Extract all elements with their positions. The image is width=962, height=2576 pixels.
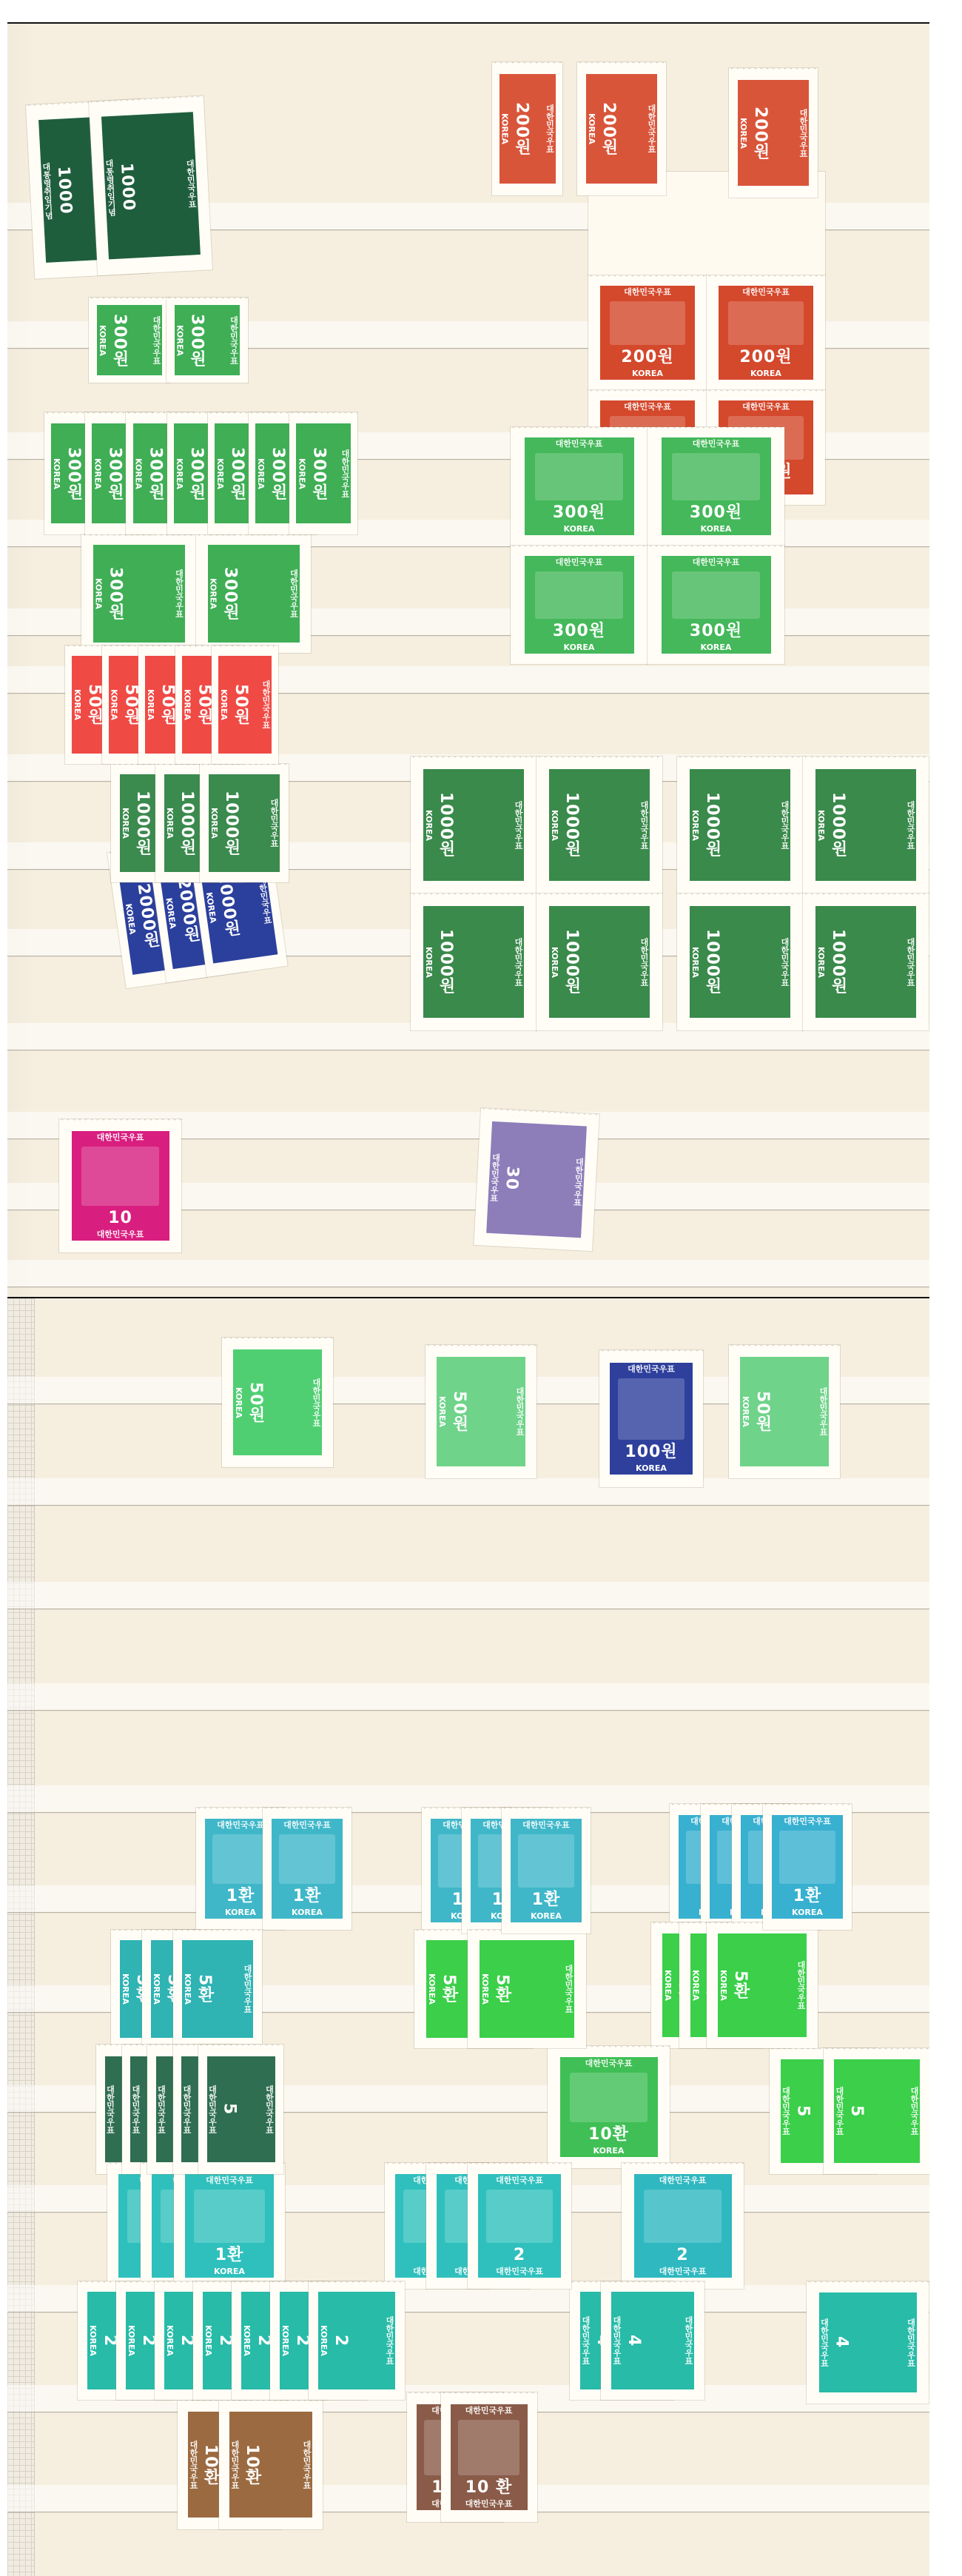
stamp-label: KOREA — [164, 805, 175, 841]
stamp-label: KOREA — [241, 2323, 252, 2358]
stamp-design: 대한민국우표300원KOREA — [525, 437, 634, 534]
stamp-design: 대한민국우표50원KOREA — [740, 1357, 829, 1466]
stamp-denomination: 10 환 — [462, 2478, 516, 2498]
stamp: 대한민국우표300원KOREA — [289, 412, 357, 534]
stamp-denomination: 10환 — [199, 2443, 221, 2487]
stamp-design: 대한민국우표2대한민국우표 — [634, 2174, 732, 2277]
stamp: 대한민국우표5대한민국우표 — [198, 2045, 283, 2174]
stamp: 대한민국우표5환KOREA — [707, 1922, 818, 2048]
stamp-design: 대한민국우표2KOREA — [318, 2292, 395, 2389]
stamp-label: KOREA — [499, 111, 511, 147]
album-page-bottom: 대한민국우표50원KOREA대한민국우표50원KOREA대한민국우표100원KO… — [7, 1297, 929, 2576]
stamp-label: KOREA — [175, 323, 186, 358]
stamp-label: KOREA — [174, 456, 185, 492]
stamp-country-text: 대한민국우표 — [521, 1819, 571, 1831]
stamp-label: KOREA — [164, 2323, 175, 2358]
stamp-label: KOREA — [203, 2323, 214, 2358]
stamp-denomination: 1환 — [529, 1891, 564, 1910]
stamp: 대한민국우표50원KOREA — [212, 645, 278, 764]
stamp-country-text: 대한민국우표 — [289, 567, 300, 620]
stamp-denomination: 300원 — [687, 503, 745, 523]
stamp-country-text: 대한민국우표 — [905, 799, 916, 852]
stamp-design: 대한민국우표5대한민국우표 — [207, 2056, 275, 2163]
stamp-label: KOREA — [133, 456, 144, 492]
stamp-label: KOREA — [630, 367, 665, 380]
stamp-label: KOREA — [218, 687, 229, 722]
stamp-country-text: 대한민국우표 — [584, 2057, 634, 2070]
stamp-denomination: 5 — [218, 2102, 240, 2116]
stamp-label: KOREA — [815, 945, 827, 980]
stamp-country-text: 대한민국우표 — [554, 556, 605, 568]
stamp-country-text: 대한민국우표 — [264, 2083, 275, 2136]
stamp-label: KOREA — [586, 111, 597, 147]
stamp-country-text: 대한민국우표 — [779, 799, 790, 852]
stamp-label: KOREA — [126, 2323, 137, 2358]
stamp-denomination: 300원 — [550, 503, 608, 523]
stamp-country-text: 대한민국우표 — [464, 2404, 514, 2417]
stamp-denomination: 1000 — [52, 164, 77, 217]
stamp-design: 대한민국우표1000원KOREA — [549, 906, 650, 1019]
stamp: 대한민국우표2대한민국우표 — [622, 2163, 744, 2289]
stamp-country-text: 대한민국우표 — [260, 678, 272, 731]
stamp-denomination: 1환 — [790, 1887, 825, 1906]
stamp-denomination: 300원 — [144, 446, 166, 502]
stamp-label: KOREA — [93, 576, 104, 611]
stamp-label: KOREA — [423, 945, 434, 980]
stamp-design: 대한민국우표300원KOREA — [93, 545, 185, 642]
stamp-design: 대한민국우표1000원KOREA — [209, 774, 280, 871]
stamp-denomination: 300원 — [186, 312, 208, 369]
stamp-label: KOREA — [592, 2144, 626, 2157]
stamp-design: 대한민국우표300원KOREA — [662, 437, 771, 534]
stamp: 대한민국우표1환KOREA — [263, 1808, 351, 1930]
stamp-label: KOREA — [318, 2323, 329, 2358]
stamp-vignette — [81, 1147, 160, 1206]
stamp-country-text: 대한민국우표 — [626, 1363, 676, 1375]
stamp-design: 대한민국우표300원KOREA — [296, 423, 351, 523]
stamp: 대한민국우표10대한민국우표 — [59, 1119, 181, 1252]
stamp-label: KOREA — [255, 456, 266, 492]
stamp-denomination: 200원 — [749, 105, 771, 161]
stamp-country-text: 대한민국우표 — [782, 1815, 832, 1828]
stamp: 대한민국우표1환KOREA — [763, 1804, 852, 1930]
stamp-country-text: 대한민국우표 — [795, 1959, 807, 2012]
stamp: 대한민국우표2KOREA — [309, 2281, 405, 2400]
stamp-country-text: 대한민국우표 — [340, 447, 351, 500]
stamp-label: KOREA — [738, 115, 749, 151]
stamp-design: 대한민국우표5환KOREA — [182, 1940, 253, 2037]
stamp-denomination: 10 — [105, 1209, 135, 1228]
stamp-denomination: 1환 — [212, 2246, 247, 2265]
stamp-design: 대한민국우표1환KOREA — [511, 1819, 582, 1922]
stamp-denomination: 2 — [511, 2246, 528, 2265]
stamp-label: KOREA — [145, 687, 156, 722]
stamp-country-text: 대한민국우표 — [174, 567, 185, 620]
stamp-design: 대한민국우표10 환대한민국우표 — [451, 2404, 528, 2511]
stamp-denomination: 5 — [845, 2104, 867, 2119]
stamp: 대한민국우표5환KOREA — [468, 1930, 586, 2048]
stamp-label: KOREA — [223, 1906, 258, 1919]
stamp-design: 대한민국우표50원KOREA — [218, 656, 272, 753]
stamp-label: KOREA — [290, 1906, 324, 1919]
stamp-vignette — [672, 571, 759, 618]
stamp-design: 대한민국우표200원KOREA — [719, 286, 813, 380]
stamp-denomination: 200원 — [511, 101, 533, 157]
stamp-denomination: 300원 — [307, 446, 329, 502]
stamp: 대한민국우표200원KOREA — [577, 62, 666, 195]
stamp-label: 대한민국우표 — [580, 2314, 591, 2367]
stamp-design: 대한민국우표1000원KOREA — [690, 906, 790, 1019]
stamp-vignette — [518, 1834, 575, 1887]
stamp-vignette — [535, 453, 622, 500]
stamp-design: 대한민국우표50원KOREA — [437, 1357, 525, 1466]
stamp-denomination: 1000원 — [434, 928, 457, 996]
stamp-country-text: 대한민국우표 — [269, 796, 280, 850]
stamp-denomination: 4 — [830, 2335, 852, 2349]
stamp-vignette — [212, 1834, 269, 1884]
stamp: 대한민국우표10환대한민국우표 — [219, 2400, 323, 2529]
stamp-country-text: 대한민국우표 — [184, 157, 198, 211]
stamp-label: KOREA — [790, 1906, 824, 1919]
stamp-vignette — [728, 301, 804, 345]
stamp-denomination: 300원 — [226, 446, 248, 502]
stamp-country-text: 대한민국우표 — [571, 1155, 585, 1209]
stamp-label: KOREA — [280, 2323, 291, 2358]
stamp-label: KOREA — [562, 641, 596, 654]
stamp-vignette — [570, 2073, 648, 2122]
stamp-label: KOREA — [72, 687, 83, 722]
stamp-label: KOREA — [296, 456, 307, 492]
stamp-label: 대한민국우표 — [181, 2083, 192, 2136]
stamp-country-text: 대한민국우표 — [204, 2174, 255, 2187]
stamp-design: 대한민국우표5환KOREA — [480, 1940, 574, 2037]
stamp: 대한민국우표300원KOREA — [511, 546, 647, 664]
stamp-design: 대한민국우표1000원KOREA — [690, 769, 790, 882]
stamp-label: KOREA — [51, 456, 62, 492]
stamp-denomination: 2 — [329, 2333, 351, 2348]
stamp-vignette — [522, 1179, 573, 1182]
stamp-design: 대한민국우표1000원KOREA — [549, 769, 650, 882]
stamp-denomination: 1000원 — [131, 789, 153, 857]
stamp-label: KOREA — [120, 1971, 131, 2007]
stamp: 대한민국우표1000대통령취임기념 — [89, 95, 212, 275]
stamp: 대한민국우표200원KOREA — [492, 62, 562, 195]
stamp-denomination: 1000원 — [560, 791, 582, 859]
stamp-country-text: 대한민국우표 — [545, 102, 556, 155]
stamp-label: 대한민국우표 — [188, 2438, 199, 2492]
stamp-denomination: 2 — [673, 2246, 691, 2265]
stamp-label: 대한민국우표 — [207, 2083, 218, 2136]
stamp-label: KOREA — [529, 1910, 563, 1922]
stamp-design: 대한민국우표4대한민국우표 — [611, 2292, 694, 2389]
stamp-design: 대한민국우표5환KOREA — [718, 1933, 807, 2036]
stamp: 대한민국우표1000원KOREA — [803, 757, 929, 893]
stamp-label: KOREA — [182, 1971, 193, 2007]
stamp-vignette — [138, 184, 186, 186]
stamp-denomination: 300원 — [687, 622, 745, 641]
stamp-denomination: 5환 — [491, 1973, 513, 2005]
stamp-vignette — [279, 1834, 336, 1884]
stamp-vignette — [194, 2190, 265, 2242]
stamp-denomination: 300원 — [550, 622, 608, 641]
stamp-label: KOREA — [215, 456, 226, 492]
stamp-country-text: 대한민국우표 — [384, 2314, 395, 2367]
stamp-vignette — [238, 901, 259, 904]
stamp-denomination: 5환 — [437, 1973, 460, 2005]
stamp-design: 대한민국우표300원KOREA — [208, 545, 300, 642]
stamp: 대한민국우표1000원KOREA — [536, 893, 662, 1030]
stamp-country-text: 대한민국우표 — [242, 1962, 253, 2016]
stamp: 대한민국우표300원KOREA — [89, 298, 170, 383]
stamp-design: 대한민국우표1000원KOREA — [815, 906, 916, 1019]
stamp-country-text: 대한민국우표 — [639, 799, 650, 852]
stamp: 대한민국우표50원KOREA — [425, 1345, 536, 1478]
stamp-design: 대한민국우표300원KOREA — [525, 556, 634, 653]
stamp: 대한민국우표1환KOREA — [174, 2163, 285, 2289]
stamp-denomination: 1000원 — [560, 928, 582, 996]
stamp: 대한민국우표200원KOREA — [707, 275, 825, 390]
stamp-denomination: 1000원 — [827, 791, 849, 859]
stamp-country-text: 대한민국우표 — [513, 936, 524, 989]
stamp: 대한민국우표1000원KOREA — [677, 757, 803, 893]
stock-strip-pocket — [7, 1683, 929, 1711]
stamp-design: 대한민국우표1000대통령취임기념 — [101, 112, 201, 259]
stamp-vignette — [672, 453, 759, 500]
stamp-label: KOREA — [562, 523, 596, 535]
stamp-denomination: 300원 — [108, 312, 130, 369]
stamp-denomination: 5환 — [193, 1973, 215, 2005]
stamp: 대한민국우표50원KOREA — [729, 1345, 840, 1478]
stamp-denomination: 100원 — [622, 1443, 680, 1462]
stamp-label: 대한민국우표 — [781, 2084, 792, 2138]
stamp-design: 대한민국우표1000원KOREA — [815, 769, 916, 882]
stamp: 대한민국우표5대한민국우표 — [824, 2048, 930, 2174]
stamp-design: 대한민국우표300원KOREA — [97, 305, 162, 375]
stamp-label: KOREA — [718, 1968, 729, 2003]
stamp-label: 대한민국우표 — [105, 2083, 116, 2136]
stamp-denomination: 1000원 — [701, 791, 723, 859]
stamp-denomination: 300원 — [103, 446, 125, 502]
stamp-denomination: 300원 — [62, 446, 84, 502]
stock-strip-pocket — [7, 1478, 929, 1506]
stamp-country-text: 대한민국우표 — [514, 1385, 525, 1438]
stamp-label: 대한민국우표 — [464, 2498, 514, 2510]
stamp: 대한민국우표4대한민국우표 — [807, 2281, 929, 2404]
stamp-design: 대한민국우표200원KOREA — [738, 80, 809, 187]
album-page-top: 대한민국우표1000대통령취임기념대한민국우표1000대통령취임기념대한민국우표… — [7, 22, 929, 1298]
stamp-denomination: 300원 — [266, 446, 289, 502]
stamp-label: KOREA — [182, 687, 193, 722]
stamp-vignette — [535, 571, 622, 618]
stamp-denomination: 200원 — [597, 101, 619, 157]
stamp-denomination: 300원 — [219, 566, 241, 622]
stamp-country-text: 대한민국우표 — [311, 1376, 322, 1429]
stamp-label: KOREA — [662, 1968, 673, 2003]
stamp-denomination: 1환 — [290, 1887, 325, 1906]
stamp-country-text: 대한민국우표 — [229, 314, 240, 367]
stamp-country-text: 대한민국우표 — [215, 1819, 266, 1831]
stamp-country-text: 대한민국우표 — [622, 400, 673, 413]
stamp-label: KOREA — [97, 323, 108, 358]
stamp-country-text: 대한민국우표 — [646, 102, 657, 155]
stamp-design: 대한민국우표1000원KOREA — [423, 906, 524, 1019]
stamp-design: 대한민국우표10대한민국우표 — [72, 1131, 169, 1241]
stamp-denomination: 50원 — [229, 682, 252, 727]
stamp-vignette — [486, 2190, 553, 2242]
stamp-label: 대한민국우표 — [611, 2314, 622, 2367]
stamp-label: KOREA — [437, 1394, 448, 1429]
stamp-label: KOREA — [212, 2265, 246, 2278]
stamp-country-text: 대한민국우표 — [282, 1819, 332, 1831]
stamp: 대한민국우표50원KOREA — [222, 1338, 333, 1467]
stamp-label: KOREA — [699, 523, 733, 535]
stamp-label: KOREA — [480, 1971, 491, 2007]
stamp: 대한민국우표10환KOREA — [548, 2046, 670, 2168]
stamp-label: KOREA — [423, 808, 434, 843]
stamp-vignette — [779, 1831, 836, 1883]
stamp: 대한민국우표300원KOREA — [647, 427, 784, 546]
stamp-country-text: 대한민국우표 — [563, 1962, 574, 2016]
stamp-country-text: 대한민국우표 — [905, 936, 916, 989]
stamp-design: 대한민국우표30대한민국우표 — [486, 1121, 587, 1238]
stamp-label: KOREA — [151, 1971, 162, 2007]
stamp-country-text: 대한민국우표 — [818, 1385, 829, 1438]
stamp-label: KOREA — [209, 805, 220, 841]
stamp-denomination: 4 — [622, 2333, 645, 2348]
stamp-country-text: 대한민국우표 — [639, 936, 650, 989]
stamp-denomination: 1000원 — [175, 789, 198, 857]
stamp: 대한민국우표2대한민국우표 — [468, 2163, 571, 2289]
stock-strip-pocket — [7, 1582, 929, 1609]
stamp-design: 대한민국우표5대한민국우표 — [834, 2059, 920, 2162]
stamp-design: 대한민국우표10환KOREA — [560, 2057, 658, 2157]
stamp-label: KOREA — [634, 1462, 668, 1475]
stamp-country-text: 대한민국우표 — [554, 437, 605, 450]
stamp: 대한민국우표5환KOREA — [173, 1930, 262, 2048]
stamp-country-text: 대한민국우표 — [691, 556, 741, 568]
stamp-label: 대한민국우표 — [834, 2084, 845, 2138]
stamp-denomination: 5환 — [729, 1969, 751, 2001]
stamp: 대한민국우표200원KOREA — [729, 68, 818, 198]
stamp-denomination: 1환 — [223, 1887, 258, 1906]
stamp-design: 대한민국우표2대한민국우표 — [478, 2174, 561, 2277]
stamp-label: KOREA — [208, 576, 219, 611]
stamp-country-text: 대한민국우표 — [622, 286, 673, 298]
stamp-design: 대한민국우표50원KOREA — [233, 1349, 322, 1456]
stamp-label: KOREA — [87, 2323, 98, 2358]
stamp: 대한민국우표1000원KOREA — [200, 764, 289, 882]
stamp-denomination: 10환 — [585, 2125, 632, 2144]
stamp-denomination: 5 — [792, 2104, 814, 2119]
stamp-country-text: 대한민국우표 — [494, 2174, 545, 2187]
stamp-label: KOREA — [549, 945, 560, 980]
stamp-label: KOREA — [690, 1968, 702, 2003]
stamp-denomination: 300원 — [104, 566, 127, 622]
stamp-design: 대한민국우표200원KOREA — [586, 74, 657, 184]
stamp: 대한민국우표100원KOREA — [599, 1350, 703, 1487]
stamp-denomination: 1000원 — [220, 789, 242, 857]
stamp: 대한민국우표1000원KOREA — [536, 757, 662, 893]
stamp-country-text: 대한민국우표 — [658, 2174, 708, 2187]
stamp-label: KOREA — [699, 641, 733, 654]
stamp-denomination: 50원 — [244, 1381, 266, 1425]
stamp-denomination: 50원 — [751, 1389, 773, 1434]
stamp-design: 대한민국우표300원KOREA — [175, 305, 240, 375]
stamp-design: 대한민국우표1000원KOREA — [423, 769, 524, 882]
stamp-denomination: 1000원 — [827, 928, 849, 996]
stamp-country-text: 대한민국우표 — [513, 799, 524, 852]
stamp: 대한민국우표1000원KOREA — [411, 757, 536, 893]
stamp-denomination: 200원 — [618, 348, 676, 367]
stamp-label: KOREA — [426, 1971, 437, 2007]
stamp-label: 대한민국우표 — [819, 2316, 830, 2369]
stamp-design: 대한민국우표1환KOREA — [272, 1819, 343, 1919]
stamp-label: KOREA — [120, 805, 131, 841]
stamp: 대한민국우표300원KOREA — [196, 534, 311, 653]
stock-strip-pocket — [7, 1260, 929, 1287]
stamp-country-text: 대한민국우표 — [151, 314, 162, 367]
stamp-denomination: 10환 — [240, 2443, 263, 2487]
stamp-design: 대한민국우표300원KOREA — [662, 556, 771, 653]
stamp-label: KOREA — [109, 687, 120, 722]
stamp-vignette — [644, 2190, 722, 2242]
stamp: 대한민국우표10 환대한민국우표 — [441, 2392, 537, 2522]
stamp: 대한민국우표300원KOREA — [511, 427, 647, 546]
stamp-label: KOREA — [690, 808, 701, 843]
stamp-design: 대한민국우표4대한민국우표 — [819, 2292, 917, 2392]
stamp: 대한민국우표300원KOREA — [166, 298, 248, 383]
stamp: 대한민국우표30대한민국우표 — [474, 1108, 599, 1251]
stamp-label: 대한민국우표 — [130, 2083, 141, 2136]
stamp-country-text: 대한민국우표 — [906, 2316, 917, 2369]
stamp-denomination: 1000원 — [434, 791, 457, 859]
stamp-vignette — [610, 301, 685, 345]
stamp-vignette — [458, 2420, 519, 2476]
stamp-label: KOREA — [815, 808, 827, 843]
stamp-denomination: 1000 — [115, 161, 140, 213]
stamp-label: KOREA — [549, 808, 560, 843]
stamp: 대한민국우표1000원KOREA — [677, 893, 803, 1030]
stamp-label: KOREA — [233, 1385, 244, 1421]
stamp-denomination: 50원 — [448, 1389, 470, 1434]
stamp: 대한민국우표300원KOREA — [81, 534, 196, 653]
stamp-country-text: 대한민국우표 — [95, 1131, 146, 1144]
stamp-country-text: 대한민국우표 — [798, 107, 809, 160]
stamp-country-text: 대한민국우표 — [741, 286, 791, 298]
stamp-design: 대한민국우표200원KOREA — [600, 286, 695, 380]
stamp-design: 대한민국우표100원KOREA — [610, 1363, 693, 1475]
stamp-label: 대한민국우표 — [494, 2265, 545, 2278]
stamp-label: 대한민국우표 — [156, 2083, 167, 2136]
stamp-label: 대한민국우표 — [229, 2438, 240, 2492]
stamp: 대한민국우표200원KOREA — [588, 275, 707, 390]
stamp: 대한민국우표1000원KOREA — [803, 893, 929, 1030]
stamp-country-text: 대한민국우표 — [779, 936, 790, 989]
stamp-design: 대한민국우표1환KOREA — [772, 1815, 843, 1918]
stamp-denomination: 1000원 — [701, 928, 723, 996]
stamp-denomination: 300원 — [185, 446, 207, 502]
stamp: 대한민국우표1000원KOREA — [411, 893, 536, 1030]
stamp-label: 대한민국우표 — [488, 1150, 502, 1204]
stamp-design: 대한민국우표10환대한민국우표 — [229, 2412, 312, 2518]
stamp-country-text: 대한민국우표 — [683, 2314, 694, 2367]
stamp-denomination: 200원 — [736, 348, 795, 367]
stamp-label: KOREA — [749, 367, 783, 380]
stamp-denomination: 30 — [499, 1164, 523, 1193]
stamp-vignette — [618, 1378, 684, 1440]
stamp-country-text: 대한민국우표 — [909, 2084, 920, 2138]
stamp-label: KOREA — [740, 1394, 751, 1429]
